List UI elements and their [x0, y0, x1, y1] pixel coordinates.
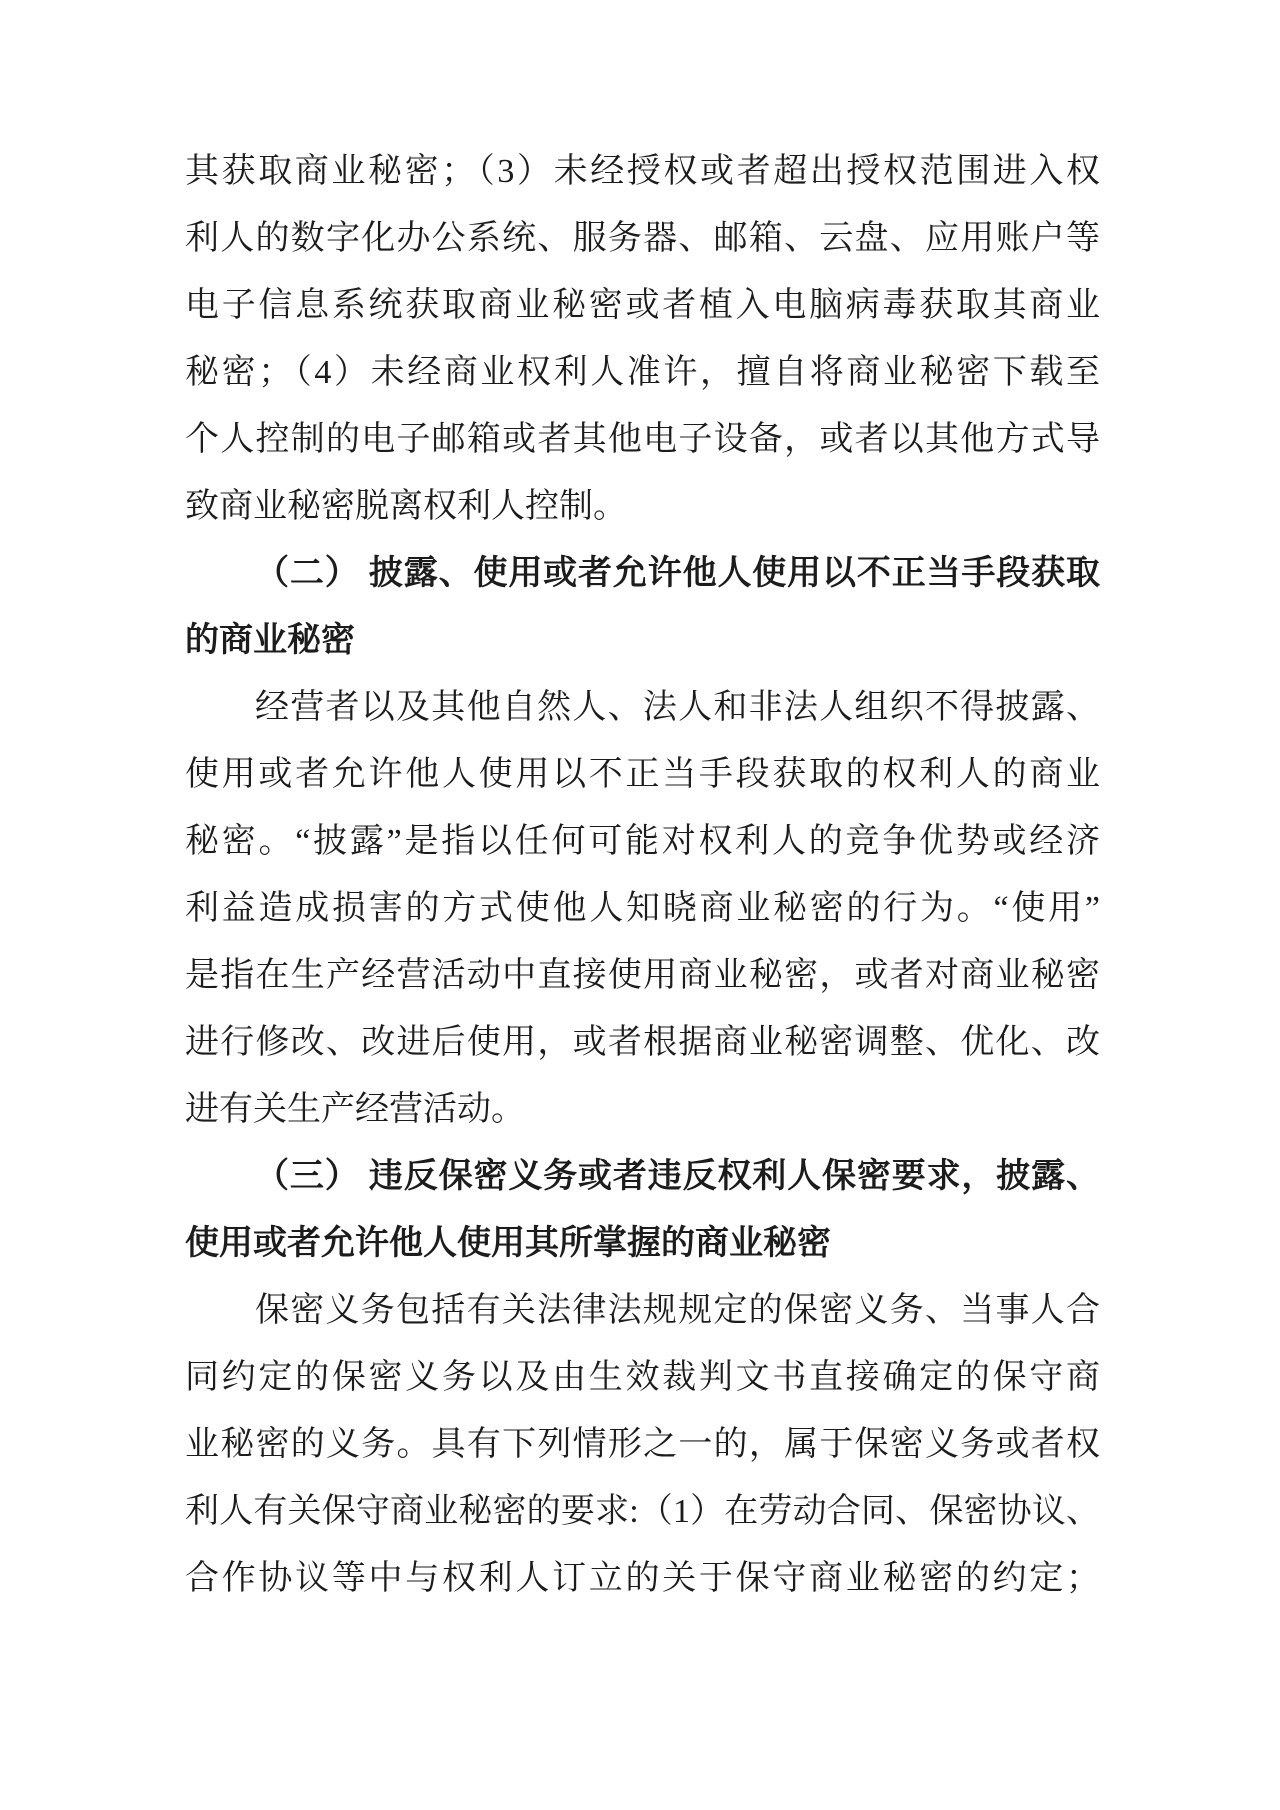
body-line: 业秘密的义务。具有下列情形之一的，属于保密义务或者权: [185, 1411, 1100, 1478]
section-heading-line: 使用或者允许他人使用其所掌握的商业秘密: [185, 1210, 1100, 1277]
body-line: 进有关生产经营活动。: [185, 1076, 1100, 1143]
body-line: 保密义务包括有关法律法规规定的保密义务、当事人合: [185, 1277, 1100, 1344]
body-line: 进行修改、改进后使用，或者根据商业秘密调整、优化、改: [185, 1009, 1100, 1076]
section-heading-line: （三） 违反保密义务或者违反权利人保密要求，披露、: [185, 1143, 1100, 1210]
body-line: 秘密；（4）未经商业权利人准许，擅自将商业秘密下载至: [185, 339, 1100, 406]
document-page: 其获取商业秘密；（3）未经授权或者超出授权范围进入权 利人的数字化办公系统、服务…: [0, 0, 1280, 1810]
body-line: 电子信息系统获取商业秘密或者植入电脑病毒获取其商业: [185, 272, 1100, 339]
body-line: 致商业秘密脱离权利人控制。: [185, 473, 1100, 540]
document-text-block: 其获取商业秘密；（3）未经授权或者超出授权范围进入权 利人的数字化办公系统、服务…: [185, 138, 1100, 1612]
body-line: 利人的数字化办公系统、服务器、邮箱、云盘、应用账户等: [185, 205, 1100, 272]
body-line: 经营者以及其他自然人、法人和非法人组织不得披露、: [185, 674, 1100, 741]
body-line: 使用或者允许他人使用以不正当手段获取的权利人的商业: [185, 741, 1100, 808]
body-line: 利益造成损害的方式使他人知晓商业秘密的行为。“使用”: [185, 875, 1100, 942]
body-line: 利人有关保守商业秘密的要求:（1）在劳动合同、保密协议、: [185, 1478, 1100, 1545]
body-line: 个人控制的电子邮箱或者其他电子设备，或者以其他方式导: [185, 406, 1100, 473]
section-heading-line: （二） 披露、使用或者允许他人使用以不正当手段获取: [185, 540, 1100, 607]
body-line: 同约定的保密义务以及由生效裁判文书直接确定的保守商: [185, 1344, 1100, 1411]
body-line: 合作协议等中与权利人订立的关于保守商业秘密的约定；: [185, 1545, 1100, 1612]
section-heading-line: 的商业秘密: [185, 607, 1100, 674]
body-line: 是指在生产经营活动中直接使用商业秘密，或者对商业秘密: [185, 942, 1100, 1009]
body-line: 其获取商业秘密；（3）未经授权或者超出授权范围进入权: [185, 138, 1100, 205]
body-line: 秘密。“披露”是指以任何可能对权利人的竞争优势或经济: [185, 808, 1100, 875]
